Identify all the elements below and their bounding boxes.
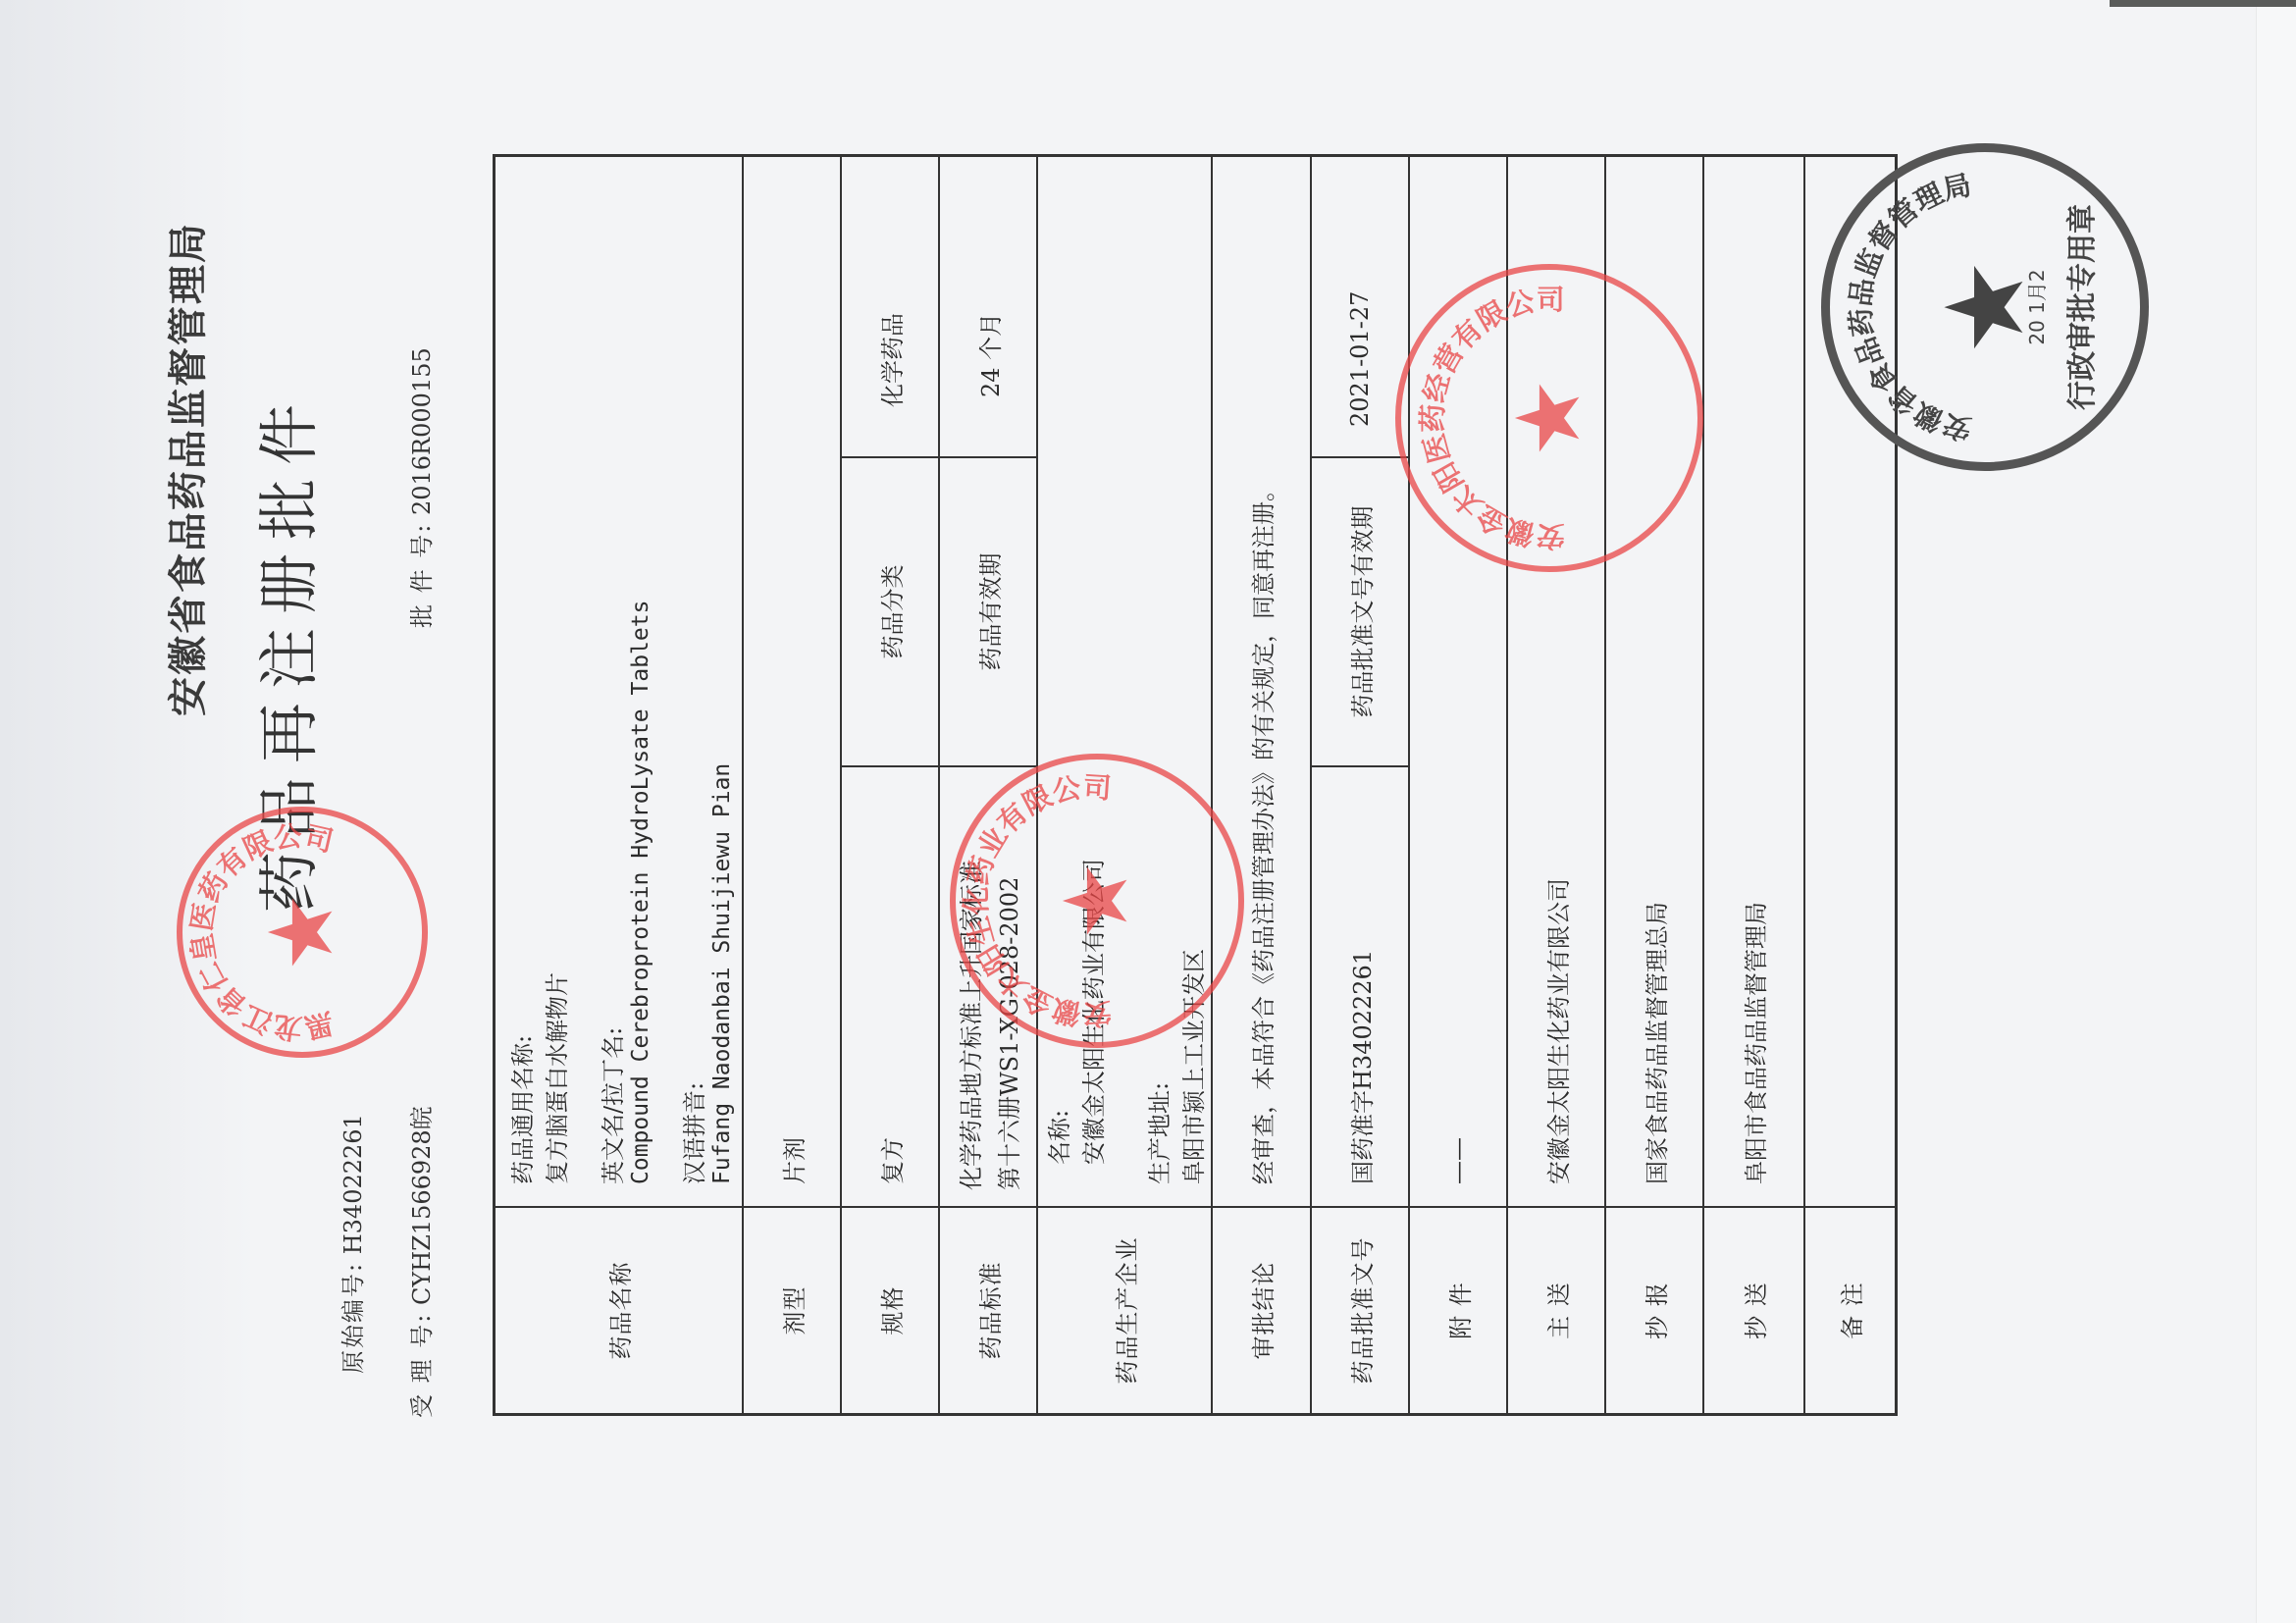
drug-category-label: 药品分类	[842, 456, 938, 765]
approval-number-label: 药品批准文号	[1312, 1206, 1408, 1413]
svg-text:黑龙江省仁皇医药有限公司: 黑龙江省仁皇医药有限公司	[184, 818, 337, 1045]
original-number: 原始编号: H34022261	[334, 1114, 368, 1374]
approval-doc-number-value: 2016R000155	[408, 347, 436, 515]
approval-doc-number-label: 批 件 号:	[408, 523, 436, 628]
acceptance-number-label: 受 理 号:	[408, 1313, 436, 1418]
company-seal-distributor: 安徽金太阳医药经营有限公司 ★	[1395, 264, 1703, 572]
row-dosage-form: 剂型 片剂	[744, 157, 842, 1413]
approval-validity-value: 2021-01-27	[1312, 157, 1408, 456]
seal-inner-text: 行政审批专用章	[2058, 204, 2101, 410]
specification-label: 规格	[842, 1206, 938, 1413]
row-cc-send: 抄 送 阜阳市食品药品监督管理局	[1704, 157, 1805, 1413]
approval-number-value: 国药准字H34022261	[1312, 765, 1408, 1206]
company-seal-heilongjiang: 黑龙江省仁皇医药有限公司 ★	[177, 807, 428, 1058]
specification-value: 复方	[842, 765, 938, 1206]
dosage-form-label: 剂型	[744, 1206, 840, 1413]
drug-name-label: 药品名称	[496, 1206, 742, 1413]
manufacturer-label: 药品生产企业	[1038, 1206, 1211, 1413]
row-drug-name: 药品名称 药品通用名称: 复方脑蛋白水解物片 英文名/拉丁名: Compound…	[496, 157, 744, 1413]
seal-ring-text: 黑龙江省仁皇医药有限公司	[183, 812, 422, 1052]
seal-date: 20 1月2	[2021, 269, 2050, 344]
dosage-form-value: 片剂	[744, 157, 840, 1206]
original-number-value: H34022261	[339, 1114, 367, 1254]
remarks-label: 备 注	[1805, 1206, 1895, 1413]
original-number-label: 原始编号:	[339, 1262, 367, 1374]
drug-name-values: 药品通用名称: 复方脑蛋白水解物片 英文名/拉丁名: Compound Cere…	[496, 157, 742, 1206]
cc-report-label: 抄 报	[1606, 1206, 1702, 1413]
seal-ring-text: 安徽金太阳医药经营有限公司	[1401, 270, 1697, 566]
row-approval-number: 药品批准文号 国药准字H34022261 药品批准文号有效期 2021-01-2…	[1312, 157, 1410, 1413]
attachment-label: 附 件	[1410, 1206, 1506, 1413]
acceptance-number-value: CYHZ1566928皖	[408, 1106, 436, 1305]
conclusion-value: 经审查，本品符合《药品注册管理办法》的有关规定，同意再注册。	[1213, 157, 1310, 1206]
svg-text:安徽金太阳医药经营有限公司: 安徽金太阳医药经营有限公司	[1416, 283, 1565, 552]
conclusion-label: 审批结论	[1213, 1206, 1310, 1413]
pinyin-name: 汉语拼音: Fufang Naodanbai Shuijiewu Pian	[675, 763, 735, 1184]
svg-text:安徽省食品药品监督管理局: 安徽省食品药品监督管理局	[1844, 169, 1974, 445]
seal-ring-text: 安徽金太阳生化药业有限公司	[956, 759, 1238, 1042]
shelf-life-value: 24 个月	[940, 157, 1036, 456]
official-approval-seal: 安徽省食品药品监督管理局 ★ 行政审批专用章 20 1月2	[1821, 143, 2149, 471]
cc-send-value: 阜阳市食品药品监督管理局	[1704, 157, 1803, 1206]
svg-text:安徽金太阳生化药业有限公司: 安徽金太阳生化药业有限公司	[960, 770, 1113, 1032]
approval-doc-number: 批 件 号: 2016R000155	[402, 347, 437, 628]
company-seal-manufacturer: 安徽金太阳生化药业有限公司 ★	[950, 754, 1244, 1048]
issuing-agency: 安徽省食品药品监督管理局	[157, 324, 213, 716]
generic-name: 药品通用名称: 复方脑蛋白水解物片	[503, 972, 572, 1184]
main-recipient-label: 主 送	[1508, 1206, 1604, 1413]
acceptance-number: 受 理 号: CYHZ1566928皖	[402, 1106, 437, 1418]
english-name: 英文名/拉丁名: Compound Cerebroprotein HydroLy…	[594, 601, 653, 1184]
row-specification: 规格 复方 药品分类 化学药品	[842, 157, 940, 1413]
approval-validity-label: 药品批准文号有效期	[1312, 456, 1408, 765]
drug-category-value: 化学药品	[842, 157, 938, 456]
manufacturer-values: 名称: 安徽金太阳生化药业有限公司 生产地址: 阜阳市颍上工业开发区	[1038, 157, 1211, 1206]
registration-approval-document: 安徽省食品药品监督管理局 药品再注册批件 原始编号: H34022261 受 理…	[0, 0, 2296, 1623]
cc-send-label: 抄 送	[1704, 1206, 1803, 1413]
shelf-life-label: 药品有效期	[940, 456, 1036, 765]
standard-label: 药品标准	[940, 1206, 1036, 1413]
